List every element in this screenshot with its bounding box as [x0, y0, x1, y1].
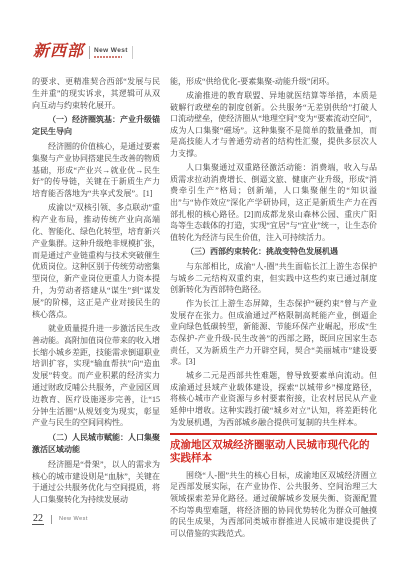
footer-divider [51, 515, 52, 524]
page-footer: 22 New West [32, 513, 88, 525]
paragraph: 经济圈是“骨架”，以人的需求为核心的城市建设则是“血脉”，关键在于通过公共服务优… [32, 459, 160, 506]
paragraph: 成渝推进的教育联盟、异地就医结算等举措，本质是破解行政壁垒的制度创新。公共服务“… [170, 90, 377, 160]
paragraph: 与东部相比，成渝“人-圈”共生面临长江上游生态保护与城乡二元结构双重约束，但实践… [170, 261, 377, 296]
logo-english-text: New West [94, 47, 128, 54]
feature-article-title: 成渝地区双城经济圈驱动人民城市现代化的实践样本 [170, 439, 377, 465]
logo-english-block: New West [89, 46, 133, 59]
paragraph: 经济圈的价值核心，是通过要素集聚与产业协同搭建民生改善的物质基础，形成“产业兴→… [32, 141, 160, 200]
right-column: 能，形成“供给优化-要素集聚-动能升级”闭环。 成渝推进的教育联盟、异地就医结算… [170, 76, 377, 542]
paragraph: 城乡二元是西部共性难题，曾导致要素单向流动。但成渝通过县域产业载体建设，探索“以… [170, 370, 377, 428]
section-heading-3: （三）西部约束转化：挑战变特色发展机遇 [170, 246, 377, 258]
section-heading-2: （二）人民城市赋能：人口集聚激活区域动能 [32, 432, 160, 456]
red-divider-rule [170, 433, 377, 435]
logo-tagline-mark [94, 56, 122, 58]
section-heading-1: （一）经济圈筑基：产业升级锚定民生导向 [32, 114, 160, 138]
paragraph: 就业质量提升进一步激活民生改善动能。高附加值岗位带来的收入增长缩小城乡差距，技能… [32, 323, 160, 429]
paragraph: 的要求、更精准契合西部“发展与民生并重”的现实诉求，其逻辑可从双向互动与约束转化… [32, 76, 160, 111]
paragraph: 作为长江上游生态屏障，生态保护“硬约束”曾与产业发展存在张力。但成渝通过严格限制… [170, 298, 377, 368]
paragraph: 围绕“人-圈”共生的核心目标，成渝地区双城经济圈立足西部发展实际，在产业协作、公… [170, 470, 377, 540]
paragraph: 人口集聚通过双重路径激活动能：消费端，收入与品质需求拉动消费增长、倒逼文旅、健康… [170, 162, 377, 243]
magazine-logo: 新西部 New West [33, 43, 133, 61]
logo-chinese-text: 新西部 [33, 43, 84, 61]
journal-name: New West [59, 516, 88, 522]
paragraph: 成渝以“双核引领、多点联动”重构产业布局，推动传统产业向高端化、智能化、绿色化转… [32, 202, 160, 320]
page-number: 22 [32, 513, 44, 525]
paragraph: 能，形成“供给优化-要素集聚-动能升级”闭环。 [170, 76, 377, 88]
left-column: 的要求、更精准契合西部“发展与民生并重”的现实诉求，其逻辑可从双向互动与约束转化… [32, 76, 160, 542]
article-body: 的要求、更精准契合西部“发展与民生并重”的现实诉求，其逻辑可从双向互动与约束转化… [32, 76, 377, 542]
magazine-page: 新西部 New West 的要求、更精准契合西部“发展与民生并重”的现实诉求，其… [0, 0, 402, 564]
